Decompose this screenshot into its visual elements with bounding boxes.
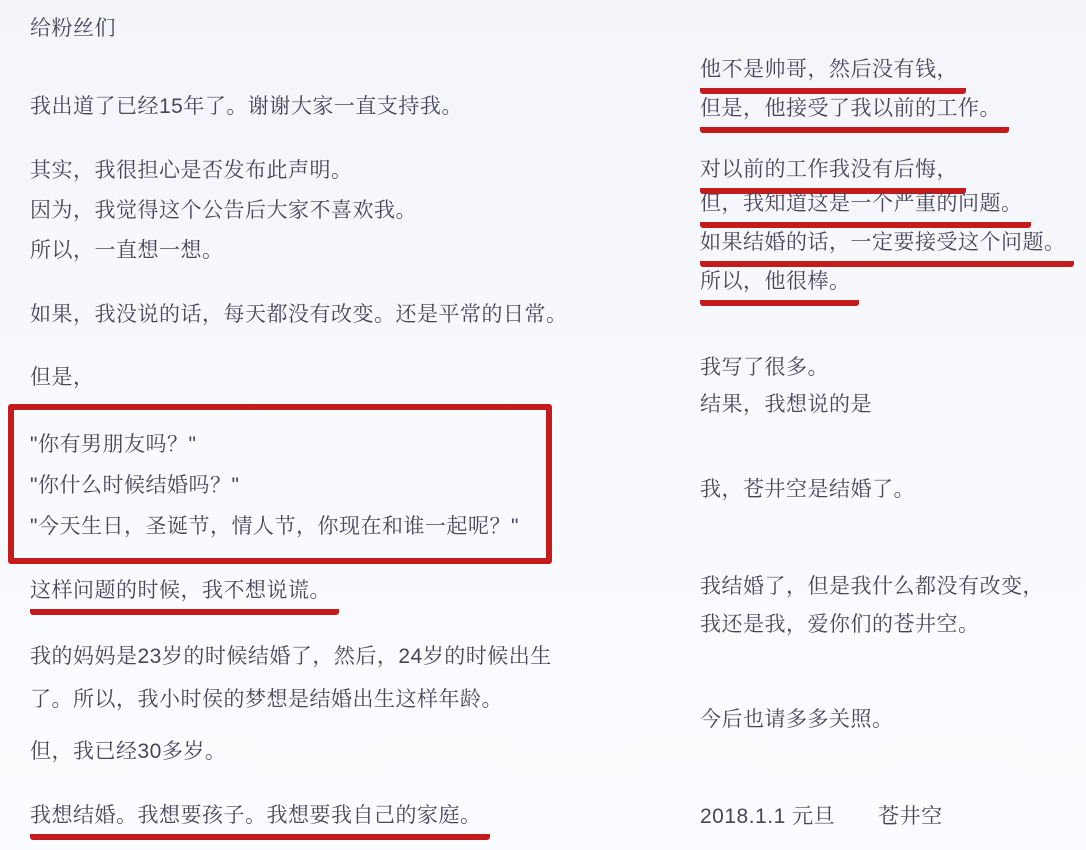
announcement-line: 我，苍井空是结婚了。 [700, 475, 915, 505]
signature-line: 2018.1.1 元旦 苍井空 [700, 802, 943, 832]
wrote-much-line: 我写了很多。 [700, 353, 829, 383]
red-annotation-box: "你有男朋友吗？" "你什么时候结婚吗？" "今天生日，圣诞节，情人节，你现在和… [8, 404, 552, 564]
conclusion-intro-line: 结果，我想说的是 [700, 390, 872, 420]
underlined-wish-line: 我想结婚。我想要孩子。我想要我自己的家庭。 [30, 801, 490, 840]
however-line: 但是， [30, 363, 95, 393]
worry-line-2: 因为，我觉得这个公告后大家不喜欢我。 [30, 196, 417, 226]
debut-line: 我出道了已经15年了。谢谢大家一直支持我。 [30, 92, 463, 122]
salutation-line: 给粉丝们 [30, 14, 116, 44]
age-line: 但，我已经30多岁。 [30, 737, 226, 767]
underlined-husband-line-1: 他不是帅哥，然后没有钱， [700, 55, 966, 94]
unchanged-line-1: 我结婚了，但是我什么都没有改变， [700, 572, 1044, 602]
boxed-question-line: "你有男朋友吗？" [30, 424, 546, 465]
worry-line-1: 其实，我很担心是否发布此声明。 [30, 156, 353, 186]
underlined-husband-line-2: 但是，他接受了我以前的工作。 [700, 94, 1009, 133]
boxed-question-line: "今天生日，圣诞节，情人节，你现在和谁一起呢？" [30, 506, 546, 547]
unchanged-line-2: 我还是我，爱你们的苍井空。 [700, 610, 980, 640]
underlined-career-line-3: 如果结婚的话，一定要接受这个问题。 [700, 228, 1074, 267]
underlined-no-lies-line: 这样问题的时候，我不想说谎。 [30, 576, 339, 615]
underlined-career-line-2: 但，我知道这是一个严重的问题。 [700, 189, 1031, 228]
if-not-said-line: 如果，我没说的话，每天都没有改变。还是平常的日常。 [30, 300, 568, 330]
boxed-question-line: "你什么时候结婚吗？" [30, 465, 546, 506]
announcement-letter: 给粉丝们 我出道了已经15年了。谢谢大家一直支持我。 其实，我很担心是否发布此声… [0, 0, 1086, 850]
regards-line: 今后也请多多关照。 [700, 705, 894, 735]
worry-line-3: 所以，一直想一想。 [30, 236, 224, 266]
underlined-career-line-4: 所以，他很棒。 [700, 267, 859, 306]
mother-line-2: 了。所以，我小时侯的梦想是结婚出生这样年龄。 [30, 685, 503, 715]
mother-line-1: 我的妈妈是23岁的时候结婚了，然后，24岁的时候出生 [30, 642, 552, 672]
